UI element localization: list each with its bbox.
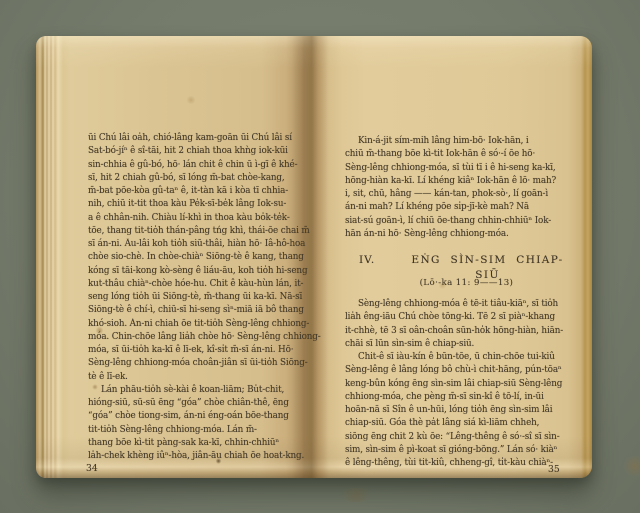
text-line: m̄-bat pōe-kòa gû-taⁿ ê, it-tàn kā i kòa… [88,185,322,198]
text-line: Sèng-lêng chhiong-móa, sī tùi tī i ê hi-… [345,162,588,175]
text-line: tè ê lī-ek. [88,371,322,384]
text-line: kut-thâu chiàⁿ-chòe hóe-hu. Chit ê kàu-h… [88,278,322,291]
text-line: khó-sioh. Án-ni chiah ōe tit-tio̍h Sèng-… [88,318,322,331]
text-line: hoān-nā sī Sîn ê un-hūi, lóng tio̍h ēng … [345,404,588,417]
text-line: chiū m̄-thang bōe kì-tit Iok-hān ê só·-í… [345,148,588,161]
paper-stain [336,488,376,502]
text-line: siōng ēng chit 2 kù ōe: “Lêng-thêng ê só… [345,431,588,444]
text-line: Kin-á-jit sím-mih lâng him-bō· Iok-hān, … [345,135,588,148]
paper-stain [186,96,196,104]
right-page-text: Kin-á-jit sím-mih lâng him-bō· Iok-hān, … [345,135,588,470]
text-line: hān án-ni hō· Sèng-lêng chhiong-móa. [345,228,588,241]
text-line: kóng sī tāi-kong kò-sèng ê liáu-āu, koh … [88,265,322,278]
paragraph: Sèng-lêng chhiong-móa ê tē-it tiâu-kiāⁿ,… [345,298,588,351]
left-page-text: ūi Chú lâi oa̍h, chió-lâng kam-goān ūi C… [88,132,322,463]
text-line: án-ni mah? Lí khéng pōe si̍p-jī-kè mah? … [345,201,588,214]
page-number-left: 34 [86,463,98,474]
text-line: i, sit, chū, hâng —— kán-tan, phok-sò·, … [345,188,588,201]
section-heading: IV. EṄG SÌN-SIM CHIAP-SIŪ [345,253,588,268]
text-line: chòe sio-chè. In chòe-chiàⁿ Siōng-tè ê k… [88,251,322,264]
text-line: sī án-ni. Āu-lâi koh tio̍h siū-thâi, hià… [88,238,322,251]
open-book: ūi Chú lâi oa̍h, chió-lâng kam-goān ūi C… [36,36,592,478]
text-line: seng lóng tio̍h ūi Siōng-tè, m̄-thang ūi… [88,291,322,304]
text-line: Sèng-lêng ê lâng lóng bô chù-ì chit-hāng… [345,364,588,377]
text-line: Sèng-lêng chhiong-móa ê tē-it tiâu-kiāⁿ,… [345,298,588,311]
text-line: tōe, thang tit-tio̍h thán-pâng tńg khì, … [88,225,322,238]
paragraph: Kin-á-jit sím-mih lâng him-bō· Iok-hān, … [345,135,588,241]
text-line: Chit-ê sī iàu-kín ê būn-tōe, ū chin-chōe… [345,351,588,364]
text-line: hióng-siū, sū-sū ēng “góa” chòe chiân-th… [88,397,322,410]
section-number: IV. [345,253,405,268]
text-line: Sèng-lêng chhiong-móa choân-jiân sī ūi-t… [88,357,322,370]
text-line: hōng-hiàn ka-kī. Lí khéng kiâⁿ Iok-hān ê… [345,175,588,188]
text-line: la̍h-chek khèng iûⁿ-hòa, jiân-āu chiah ō… [88,450,322,463]
photo-background: ūi Chú lâi oa̍h, chió-lâng kam-goān ūi C… [0,0,640,513]
text-line: sin-chhia ê gû-bó, hō· lán chit ê chin ū… [88,159,322,172]
text-line: chāi sī lūn sìn-sim ê chiap-siū. [345,338,588,351]
text-line: móa, sī ūi-tio̍h ka-kī ê lī-ek, kî-si̍t … [88,344,322,357]
text-line: chiap-siū. Góa thè pa̍t lâng siá kì-liām… [345,417,588,430]
text-line: chhiong-móa, che pèng m̄-sī sin-kî ê tō-… [345,391,588,404]
page-number-right: 35 [548,464,560,475]
text-line: tit-tio̍h Sèng-lêng chhiong-móa. Lán m̄- [88,424,322,437]
text-line: lia̍h êng-iāu Chú chòe tōng-ki. Tē 2 sī … [345,311,588,324]
text-line: sī, hit 2 chiah gû-bó, sī lóng m̄-bat ch… [88,172,322,185]
text-line: Sat-bó-jíⁿ ê sî-tāi, hit 2 chiah thoa kh… [88,145,322,158]
text-line: ūi Chú lâi oa̍h, chió-lâng kam-goān ūi C… [88,132,322,145]
text-line: Lán phāu-tio̍h sè-kài ê koan-liām; Bu̍t-… [88,384,322,397]
paper-stain [622,456,640,476]
text-line: siat-sú goān-ì, lí chiū ōe-thang chhin-c… [345,215,588,228]
text-line: a ê chhân-nih. Chiàu lí-khì in thoa kàu … [88,212,322,225]
text-line: móa. Chin-chōe lâng lia̍h chòe hō· Sèng-… [88,331,322,344]
text-line: “góa” chòe tiong-sim, án-ni éng-oán bōe-… [88,410,322,423]
text-line: nih, chiū it-tit thoa kàu Pe̍k-sī-be̍k l… [88,198,322,211]
paragraph: ūi Chú lâi oa̍h, chió-lâng kam-goān ūi C… [88,132,322,384]
text-line: sim, sìn-sim ê pì-koat sī gióng-bōng.” L… [345,444,588,457]
text-line: Siōng-tè ê chí-ì, chiū-sī hi-seng sìⁿ-mi… [88,304,322,317]
paragraph: Lán phāu-tio̍h sè-kài ê koan-liām; Bu̍t-… [88,384,322,464]
text-line: it-chhè, tē 3 sī oân-choân sūn-ho̍k hōng… [345,325,588,338]
paragraph: Chit-ê sī iàu-kín ê būn-tōe, ū chin-chōe… [345,351,588,470]
text-line: keng-bûn kóng ēng sìn-sim lâi chiap-siū … [345,378,588,391]
text-line: thang bōe kì-tit pàng-sak ka-kī, chhin-c… [88,437,322,450]
